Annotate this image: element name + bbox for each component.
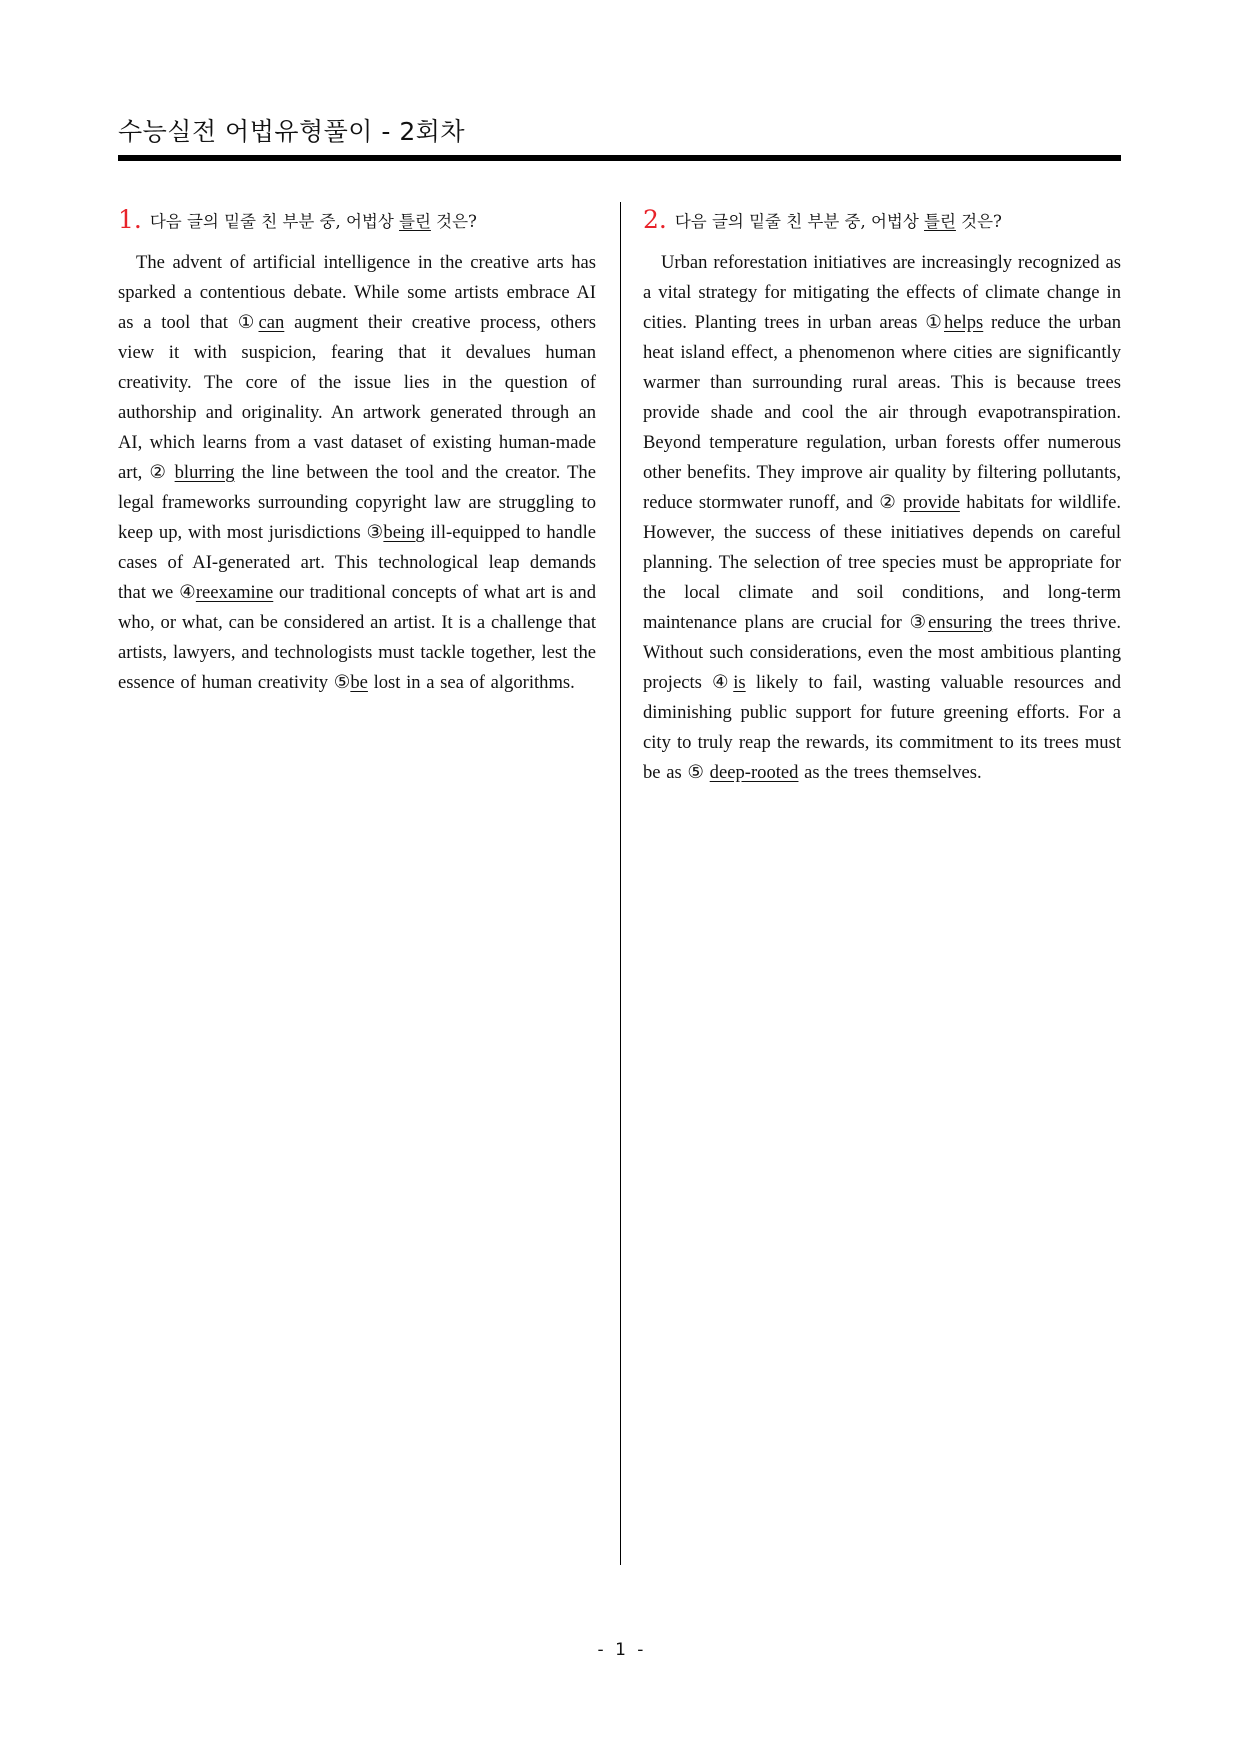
- question-prompt: 다음 글의 밑줄 친 부분 중, 어법상 틀린 것은?: [675, 212, 1002, 231]
- choice-marker-4: ④: [712, 672, 733, 693]
- choice-marker-1: ①: [238, 312, 259, 333]
- underlined-choice-2: provide: [903, 492, 960, 513]
- choice-marker-3: ③: [909, 612, 928, 633]
- header-rule: [118, 155, 1121, 161]
- passage-1: The advent of artificial intelligence in…: [118, 248, 596, 698]
- passage-2: Urban reforestation initiatives are incr…: [643, 248, 1121, 788]
- page-title: 수능실전 어법유형풀이 - 2회차: [118, 112, 465, 148]
- choice-marker-4: ④: [179, 582, 196, 603]
- choice-marker-1: ①: [925, 312, 944, 333]
- question-prompt: 다음 글의 밑줄 친 부분 중, 어법상 틀린 것은?: [150, 212, 477, 231]
- column-divider: [620, 202, 621, 1565]
- underlined-choice-1: can: [259, 312, 285, 333]
- question-2-header: 2.다음 글의 밑줄 친 부분 중, 어법상 틀린 것은?: [643, 200, 1121, 242]
- underlined-choice-1: helps: [944, 312, 983, 333]
- choice-marker-5: ⑤: [687, 762, 704, 783]
- question-1-header: 1.다음 글의 밑줄 친 부분 중, 어법상 틀린 것은?: [118, 200, 596, 242]
- question-1: 1.다음 글의 밑줄 친 부분 중, 어법상 틀린 것은? The advent…: [118, 200, 596, 698]
- underlined-choice-5: be: [350, 672, 368, 693]
- choice-marker-2: ②: [879, 492, 896, 513]
- emphasis-underlined: 틀린: [399, 212, 431, 231]
- underlined-choice-2: blurring: [175, 462, 235, 483]
- question-2: 2.다음 글의 밑줄 친 부분 중, 어법상 틀린 것은? Urban refo…: [643, 200, 1121, 788]
- emphasis-underlined: 틀린: [924, 212, 956, 231]
- underlined-choice-3: ensuring: [928, 612, 992, 633]
- underlined-choice-4: is: [733, 672, 745, 693]
- choice-marker-3: ③: [367, 522, 384, 543]
- choice-marker-2: ②: [149, 462, 167, 483]
- underlined-choice-4: reexamine: [196, 582, 273, 603]
- page-number: - 1 -: [0, 1640, 1241, 1660]
- choice-marker-5: ⑤: [334, 672, 351, 693]
- question-number: 1.: [118, 205, 142, 234]
- underlined-choice-3: being: [383, 522, 424, 543]
- question-number: 2.: [643, 205, 667, 234]
- underlined-choice-5: deep-rooted: [710, 762, 799, 783]
